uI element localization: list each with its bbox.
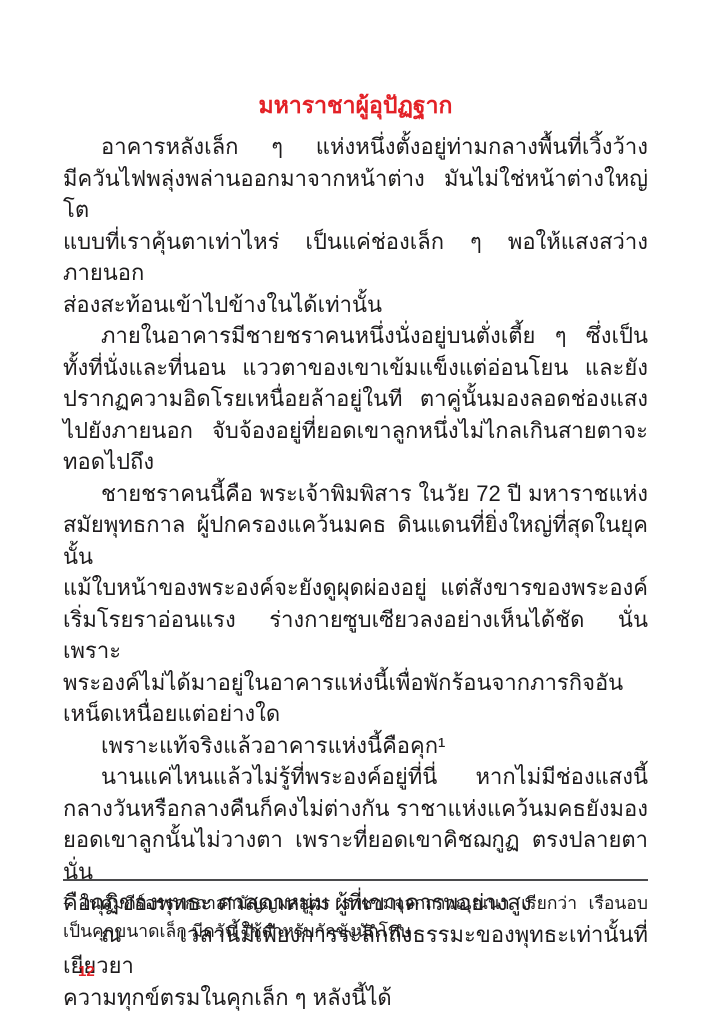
text-line: ทั้งที่นั่งและที่นอน แววตาของเขาเข้มแข็ง… [63, 352, 648, 384]
text-line: เหน็ดเหนื่อยแต่อย่างใด [63, 698, 648, 730]
text-line: อาคารหลังเล็ก ๆ แห่งหนึ่งตั้งอยู่ท่ามกลา… [63, 131, 648, 163]
text-line: กลางวันหรือกลางคืนก็คงไม่ต่างกัน ราชาแห่… [63, 793, 648, 825]
text-line: ชายชราคนนี้คือ พระเจ้าพิมพิสาร ในวัย 72 … [63, 478, 648, 510]
text-line: ทอดไปถึง [63, 446, 648, 478]
text-line: ไปยังภายนอก จับจ้องอยู่ที่ยอดเขาลูกหนึ่ง… [63, 415, 648, 447]
paragraph: อาคารหลังเล็ก ๆ แห่งหนึ่งตั้งอยู่ท่ามกลา… [63, 131, 648, 320]
footnote: ¹ ในคัมภีร์อรรถกถาสามัญญผลสูตร ราชามจุจก… [63, 889, 648, 945]
text-line: ¹ ในคัมภีร์อรรถกถาสามัญญผลสูตร ราชามจุจก… [63, 889, 648, 917]
paragraph: ภายในอาคารมีชายชราคนหนึ่งนั่งอยู่บนตั่งเ… [63, 320, 648, 478]
paragraph: ชายชราคนนี้คือ พระเจ้าพิมพิสาร ในวัย 72 … [63, 478, 648, 730]
paragraph: เพราะแท้จริงแล้วอาคารแห่งนี้คือคุก¹ [63, 730, 648, 762]
text-line: ภายในอาคารมีชายชราคนหนึ่งนั่งอยู่บนตั่งเ… [63, 320, 648, 352]
text-line: เพราะแท้จริงแล้วอาคารแห่งนี้คือคุก¹ [63, 730, 648, 762]
text-line: นานแค่ไหนแล้วไม่รู้ที่พระองค์อยู่ที่นี่ … [63, 761, 648, 793]
text-line: แบบที่เราคุ้นตาเท่าไหร่ เป็นแค่ช่องเล็ก … [63, 226, 648, 289]
footnote-divider [63, 879, 648, 881]
text-line: สมัยพุทธกาล ผู้ปกครองแคว้นมคธ ดินแดนที่ย… [63, 509, 648, 572]
chapter-title: มหาราชาผู้อุปัฏฐาก [63, 90, 648, 120]
text-line: มีควันไฟพลุ่งพล่านออกมาจากหน้าต่าง มันไม… [63, 163, 648, 226]
text-line: พระองค์ไม่ได้มาอยู่ในอาคารแห่งนี้เพื่อพั… [63, 667, 648, 699]
text-line: เป็นคุกขนาดเล็ก มีควัน ใช้สำหรับกักขังนั… [63, 917, 648, 945]
book-page: มหาราชาผู้อุปัฏฐาก อาคารหลังเล็ก ๆ แห่งห… [0, 0, 711, 1024]
text-line: ยอดเขาลูกนั้นไม่วางตา เพราะที่ยอดเขาคิชฌ… [63, 824, 648, 887]
text-line: ปรากฏความอิดโรยเหนื่อยล้าอยู่ในที ตาคู่น… [63, 383, 648, 415]
page-number: 12 [78, 963, 95, 980]
text-line: แม้ใบหน้าของพระองค์จะยังดูผุดผ่องอยู่ แต… [63, 572, 648, 604]
text-line: เริ่มโรยราอ่อนแรง ร่างกายซูบเซียวลงอย่าง… [63, 604, 648, 667]
text-line: ส่องสะท้อนเข้าไปข้างในได้เท่านั้น [63, 289, 648, 321]
text-line: ความทุกข์ตรมในคุกเล็ก ๆ หลังนี้ได้ [63, 982, 648, 1014]
